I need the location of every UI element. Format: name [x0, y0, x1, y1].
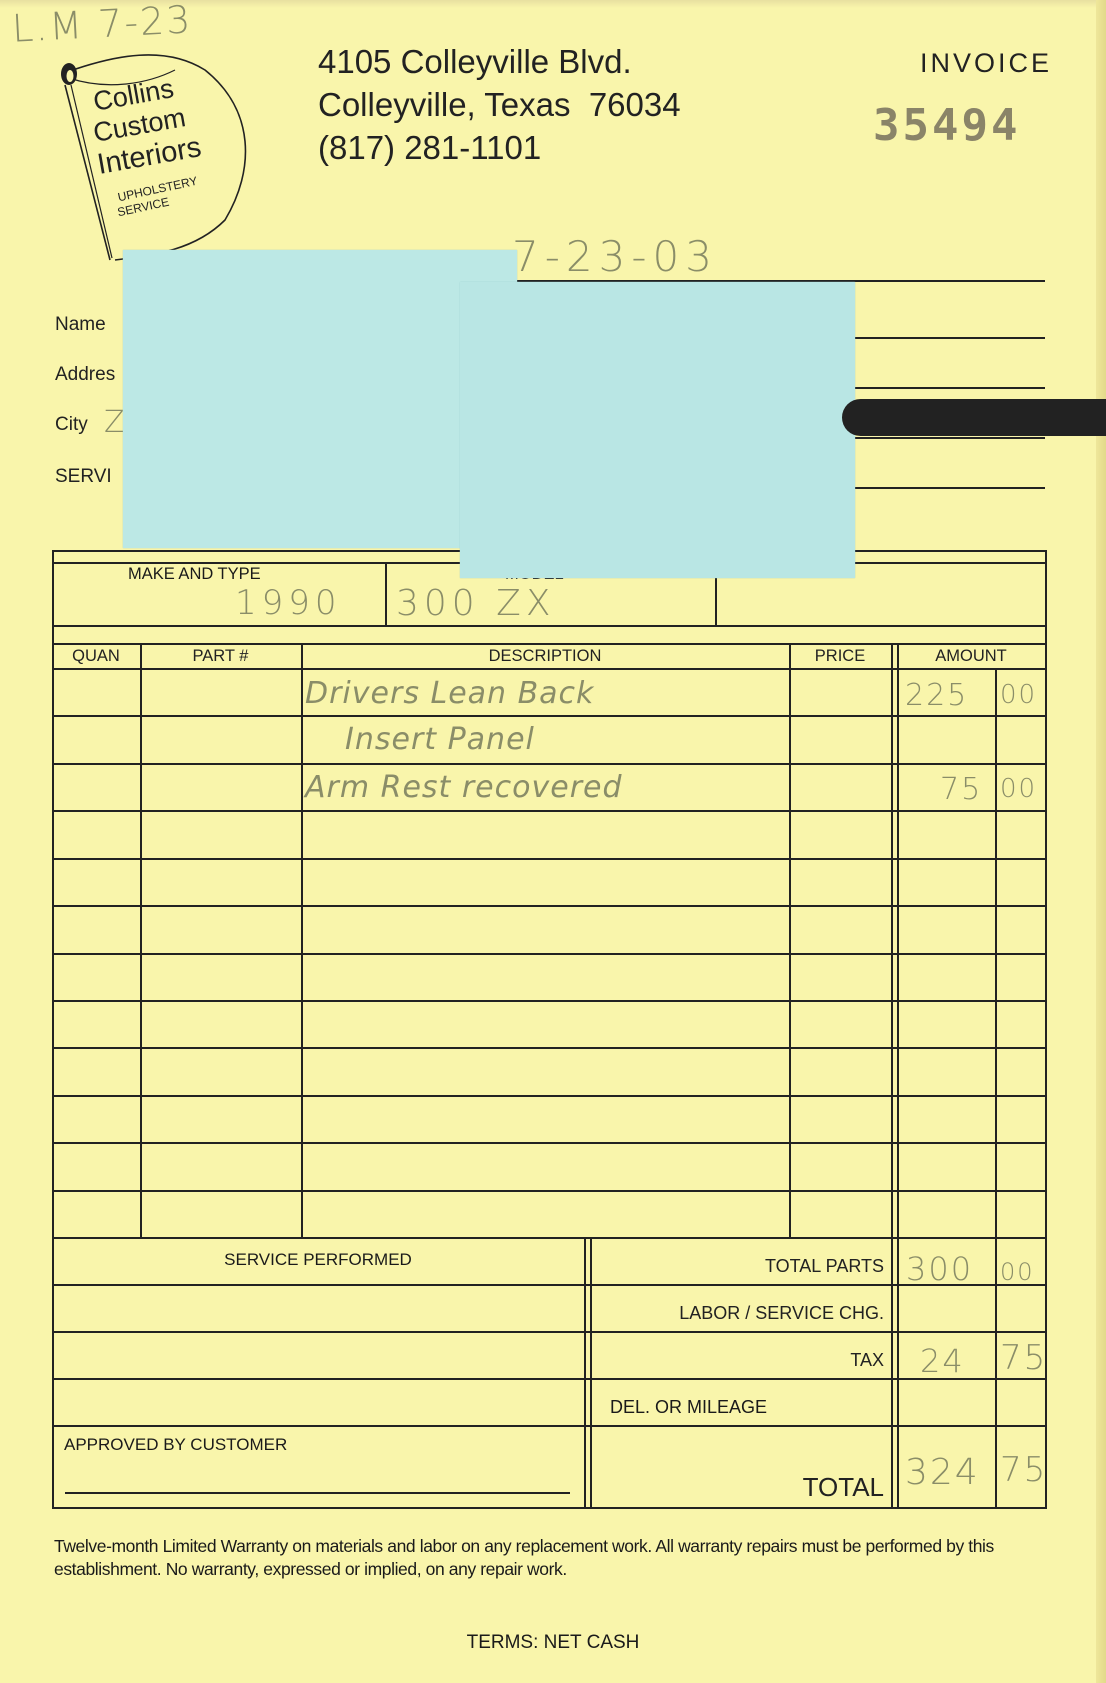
city-line — [855, 437, 1045, 439]
col-line-part — [301, 643, 303, 1237]
summary-row-4 — [52, 1425, 1047, 1427]
summary-row-3 — [52, 1378, 1047, 1380]
company-address: 4105 Colleyville Blvd. Colleyville, Texa… — [318, 40, 681, 169]
col-header-amount: AMOUNT — [897, 647, 1045, 666]
table-row-line — [52, 1095, 1047, 1097]
city-label: City — [55, 414, 88, 436]
row-3-description: Arm Rest recovered — [305, 770, 623, 805]
make-value: 1990 — [235, 583, 342, 623]
summary-row-1 — [52, 1284, 1047, 1286]
table-row-line — [52, 715, 1047, 717]
summary-top-line — [52, 1237, 1047, 1239]
redaction-sticky-note-2 — [460, 282, 855, 578]
row-3-amount-dollars: 75 — [940, 772, 982, 807]
table-row-line — [52, 953, 1047, 955]
service-line — [855, 487, 1045, 489]
total-parts-cents: 00 — [1000, 1258, 1035, 1286]
address-line — [855, 387, 1045, 389]
total-dollars: 324 — [905, 1452, 980, 1493]
table-row-line — [52, 1047, 1047, 1049]
address-street: 4105 Colleyville Blvd. — [318, 40, 681, 83]
labor-label: LABOR / SERVICE CHG. — [592, 1303, 884, 1324]
total-cents: 75 — [1000, 1450, 1047, 1490]
summary-divider-b — [590, 1237, 592, 1507]
col-line-quan — [140, 643, 142, 1237]
service-label: SERVI — [55, 466, 112, 488]
col-line-cents — [995, 668, 997, 1507]
row-3-amount-cents: 00 — [1000, 774, 1037, 804]
col-line-desc — [789, 643, 791, 1237]
table-row-line — [52, 1142, 1047, 1144]
table-row-line — [52, 810, 1047, 812]
model-value: 300 ZX — [396, 583, 555, 624]
tax-cents: 75 — [1000, 1338, 1047, 1378]
paper-right-edge — [1096, 0, 1106, 1683]
approved-by-label: APPROVED BY CUSTOMER — [64, 1435, 287, 1455]
name-label: Name — [55, 314, 106, 336]
row-1-amount-dollars: 225 — [905, 678, 968, 713]
address-label: Addres — [55, 364, 115, 386]
total-parts-dollars: 300 — [906, 1250, 973, 1288]
total-label: TOTAL — [592, 1472, 884, 1503]
vehicle-row-bottom — [52, 625, 1047, 627]
table-row-line — [52, 1190, 1047, 1192]
col-header-description: DESCRIPTION — [301, 647, 789, 666]
tax-label: TAX — [592, 1350, 884, 1371]
summary-bottom-line — [52, 1507, 1047, 1509]
col-header-quan: QUAN — [52, 647, 140, 666]
row-1-description: Drivers Lean Back — [305, 676, 594, 711]
table-row-line — [52, 763, 1047, 765]
name-line — [855, 337, 1045, 339]
handwritten-note: L.M 7-23 — [11, 0, 193, 51]
redaction-sticky-note-1 — [123, 250, 517, 548]
terms-text: TERMS: NET CASH — [0, 1632, 1106, 1654]
table-row-line — [52, 905, 1047, 907]
address-city: Colleyville, Texas 76034 — [318, 83, 681, 126]
approval-signature-line — [65, 1492, 570, 1494]
row-1-amount-cents: 00 — [1000, 680, 1037, 710]
mileage-label: DEL. OR MILEAGE — [610, 1397, 767, 1418]
make-label: MAKE AND TYPE — [128, 565, 261, 584]
table-row-line — [52, 858, 1047, 860]
doc-type-label: INVOICE — [920, 48, 1052, 79]
make-model-divider — [385, 562, 387, 625]
summary-row-2 — [52, 1331, 1047, 1333]
row-2-description: Insert Panel — [345, 722, 535, 757]
table-left-border — [52, 550, 54, 1507]
summary-divider-a — [584, 1237, 586, 1507]
address-phone: (817) 281-1101 — [318, 126, 681, 169]
invoice-date: 7-23-03 — [512, 232, 718, 281]
invoice-number: 35494 — [873, 100, 1020, 151]
redaction-bar — [842, 399, 1106, 436]
table-row-line — [52, 1000, 1047, 1002]
col-header-price: PRICE — [789, 647, 891, 666]
total-parts-label: TOTAL PARTS — [592, 1256, 884, 1277]
col-header-part: PART # — [140, 647, 301, 666]
warranty-text: Twelve-month Limited Warranty on materia… — [54, 1535, 1054, 1581]
tax-dollars: 24 — [920, 1342, 965, 1380]
service-performed-label: SERVICE PERFORMED — [52, 1250, 584, 1270]
company-logo: Collins Custom Interiors UPHOLSTERY SERV… — [55, 50, 265, 265]
